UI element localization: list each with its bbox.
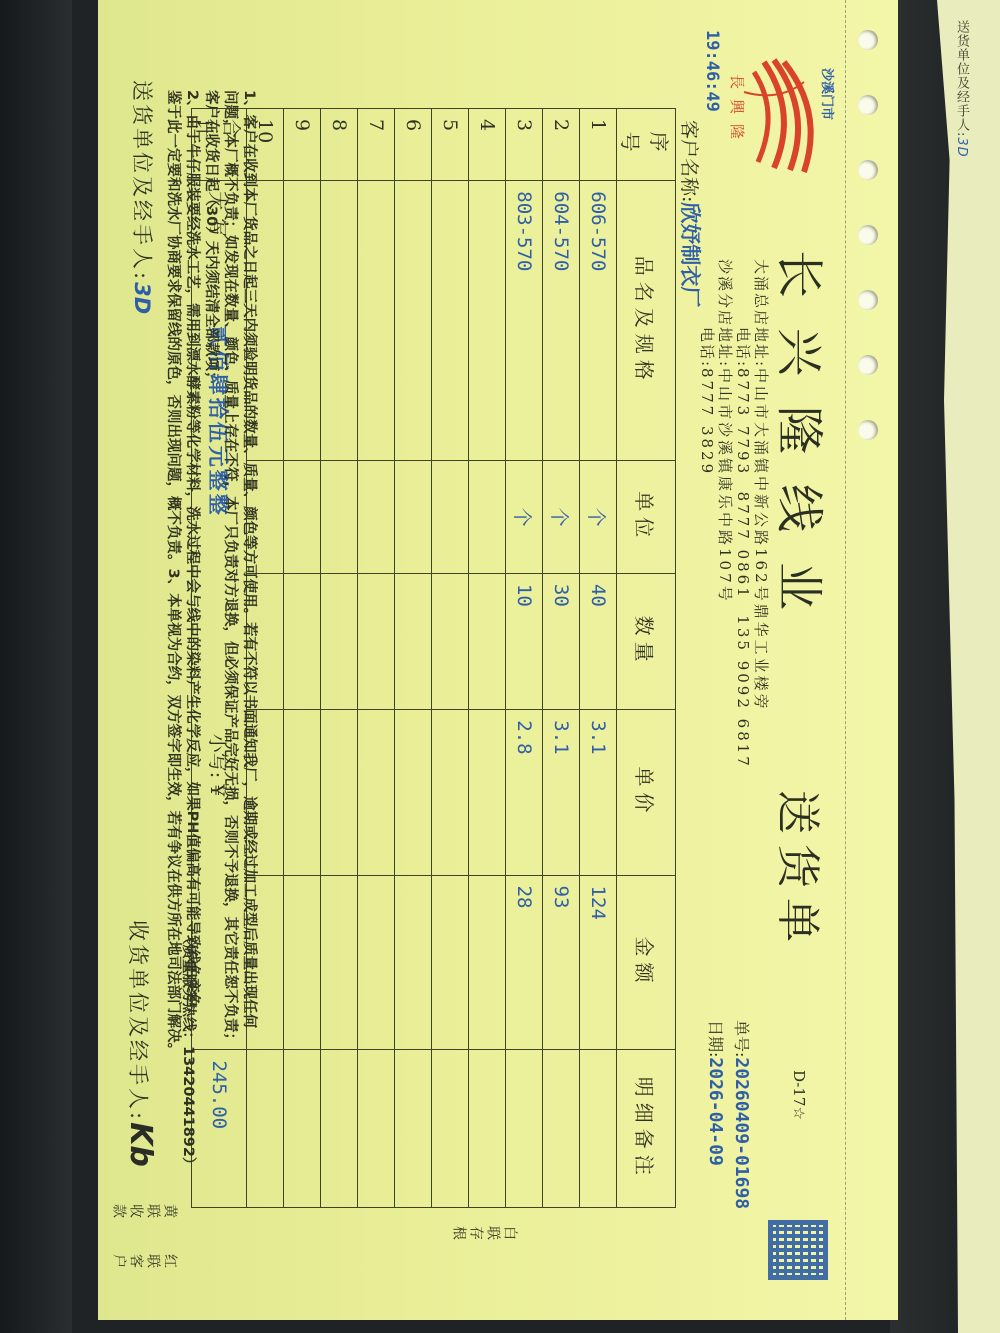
sender-signature: 3D: [130, 282, 154, 314]
address-line-hq: 大涌总店地址:中山市大涌镇中新公路162号鼎华工业楼旁: [751, 240, 772, 712]
adjacent-sheet-text: 送货单位及经手人:3D: [952, 20, 971, 158]
document-date: 日期:2026-04-09: [705, 1020, 728, 1166]
document-meta: D-17☆ 单号:20260409-01698 日期:2026-04-09: [688, 1060, 838, 1320]
receiver-signature-field: 收货单位及经手人:Kb: [123, 920, 158, 1167]
column-header: 序号: [617, 109, 676, 181]
background-fabric-left: [0, 0, 72, 1333]
column-header: 单价: [617, 710, 676, 875]
table-row: 9: [284, 109, 321, 1208]
table-row: 7: [358, 109, 395, 1208]
table-row: 8: [321, 109, 358, 1208]
document-title: 送货单: [770, 790, 834, 952]
quality-hotline: （质量服务热线：13420441892）: [179, 930, 200, 1171]
table-row: 3803-570个102.828: [506, 109, 543, 1208]
items-table: 序号 品名及规格 单位 数量 单价 金额 明细备注 1606-570个403.1…: [191, 108, 676, 1208]
form-code: D-17☆: [790, 1070, 808, 1120]
terms-notes: 1、客户在收到本厂货品之日起三天内须验明货品的数量、质量、颜色等方可使用。若有不…: [163, 90, 258, 1210]
adjacent-signature: 3D: [954, 137, 969, 157]
sprocket-hole: [858, 160, 878, 180]
qr-code-icon: [768, 1220, 828, 1280]
company-name: 长兴隆线业: [769, 250, 838, 640]
column-header: 明细备注: [617, 1050, 676, 1208]
table-header-row: 序号 品名及规格 单位 数量 单价 金额 明细备注: [617, 109, 676, 1208]
delivery-note-photo: 沙溪门市 長興隆 19:46:49 长兴隆线业 送货单 大涌总店地址:中山市大涌…: [78, 0, 898, 1333]
delivery-note: 沙溪门市 長興隆 19:46:49 长兴隆线业 送货单 大涌总店地址:中山市大涌…: [98, 0, 898, 1320]
header: 沙溪门市 長興隆 19:46:49 长兴隆线业 送货单 大涌总店地址:中山市大涌…: [688, 30, 838, 1300]
sprocket-hole: [858, 225, 878, 245]
copy-label-yellow: 黄联收款: [110, 1200, 178, 1220]
receiver-signature: Kb: [123, 1122, 158, 1167]
column-header: 数量: [617, 573, 676, 709]
copy-label-red: 红联客户: [110, 1250, 178, 1270]
column-header: 品名及规格: [617, 181, 676, 461]
table-row: 6: [395, 109, 432, 1208]
sprocket-hole: [858, 95, 878, 115]
sprocket-hole: [858, 30, 878, 50]
table-row: 1606-570个403.1124: [580, 109, 617, 1208]
table-row: 4: [469, 109, 506, 1208]
print-time: 19:46:49: [702, 30, 722, 112]
sender-signature-field: 送货单位及经手人:3D: [128, 80, 158, 314]
column-header: 金额: [617, 875, 676, 1050]
column-header: 单位: [617, 461, 676, 574]
sprocket-strip: [845, 0, 886, 1320]
sprocket-hole: [858, 355, 878, 375]
copy-label-white: 白联存根: [450, 1222, 518, 1242]
table-row: 2604-570个303.193: [543, 109, 580, 1208]
document-number: 单号:20260409-01698: [731, 1020, 754, 1209]
logo-name: 長興隆: [727, 74, 748, 149]
table-row: 5: [432, 109, 469, 1208]
address-line-branch: 沙溪分店地址:中山市沙溪镇康乐中路107号: [715, 240, 736, 604]
customer-name: 客户名称:欣妤制衣厂: [676, 120, 706, 307]
sprocket-hole: [858, 290, 878, 310]
phone-line-hq: 电话:8773 7793 8777 0861 135 9092 6817: [733, 240, 754, 769]
sprocket-hole: [858, 420, 878, 440]
